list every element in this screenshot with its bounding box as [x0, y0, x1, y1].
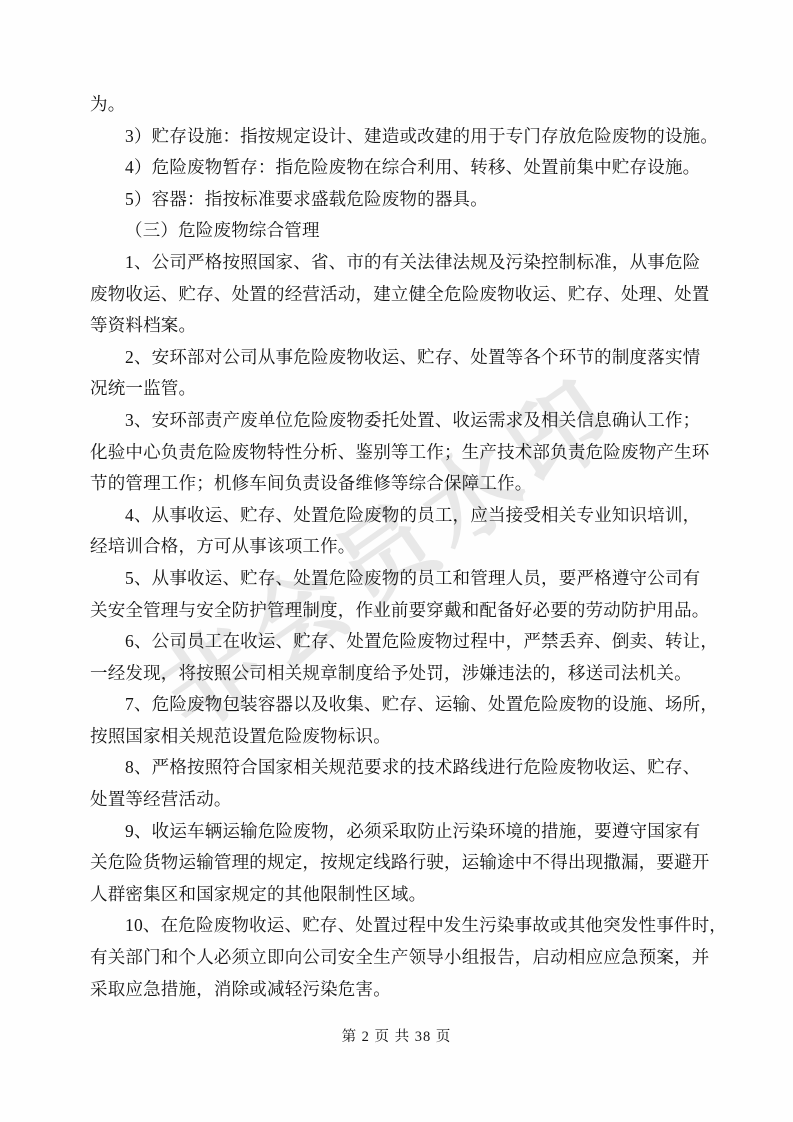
doc-line: 况统一监管。: [90, 373, 712, 405]
doc-line: 7、危险废物包装容器以及收集、贮存、运输、处置危险废物的设施、场所，: [90, 689, 712, 721]
doc-line: 3、安环部责产废单位危险废物委托处置、收运需求及相关信息确认工作；: [90, 405, 712, 437]
doc-line: 1、公司严格按照国家、省、市的有关法律法规及污染控制标准，从事危险: [90, 247, 712, 279]
doc-line: 等资料档案。: [90, 310, 712, 342]
page-number: 第 2 页 共 38 页: [0, 1025, 793, 1046]
doc-line: （三）危险废物综合管理: [90, 215, 712, 247]
doc-line: 3）贮存设施：指按规定设计、建造或改建的用于专门存放危险废物的设施。: [90, 121, 712, 153]
doc-line: 处置等经营活动。: [90, 784, 712, 816]
doc-line: 为。: [90, 89, 712, 121]
doc-line: 采取应急措施，消除或减轻污染危害。: [90, 974, 712, 1006]
doc-line: 化验中心负责危险废物特性分析、鉴别等工作；生产技术部负责危险废物产生环: [90, 437, 712, 469]
doc-line: 5、从事收运、贮存、处置危险废物的员工和管理人员，要严格遵守公司有: [90, 563, 712, 595]
doc-line: 8、严格按照符合国家相关规范要求的技术路线进行危险废物收运、贮存、: [90, 752, 712, 784]
doc-line: 有关部门和个人必须立即向公司安全生产领导小组报告，启动相应应急预案，并: [90, 942, 712, 974]
doc-line: 4、从事收运、贮存、处置危险废物的员工，应当接受相关专业知识培训，: [90, 500, 712, 532]
doc-line: 节的管理工作；机修车间负责设备维修等综合保障工作。: [90, 468, 712, 500]
doc-line: 废物收运、贮存、处置的经营活动，建立健全危险废物收运、贮存、处理、处置: [90, 279, 712, 311]
doc-line: 10、在危险废物收运、贮存、处置过程中发生污染事故或其他突发性事件时，: [90, 910, 712, 942]
doc-line: 经培训合格，方可从事该项工作。: [90, 531, 712, 563]
doc-line: 人群密集区和国家规定的其他限制性区域。: [90, 879, 712, 911]
doc-line: 9、收运车辆运输危险废物，必须采取防止污染环境的措施，要遵守国家有: [90, 816, 712, 848]
doc-line: 按照国家相关规范设置危险废物标识。: [90, 721, 712, 753]
doc-line: 2、安环部对公司从事危险废物收运、贮存、处置等各个环节的制度落实情: [90, 342, 712, 374]
doc-line: 5）容器：指按标准要求盛载危险废物的器具。: [90, 184, 712, 216]
doc-line: 4）危险废物暂存：指危险废物在综合利用、转移、处置前集中贮存设施。: [90, 152, 712, 184]
doc-line: 关安全管理与安全防护管理制度，作业前要穿戴和配备好必要的劳动防护用品。: [90, 595, 712, 627]
doc-line: 6、公司员工在收运、贮存、处置危险废物过程中，严禁丢弃、倒卖、转让，: [90, 626, 712, 658]
doc-line: 关危险货物运输管理的规定，按规定线路行驶，运输途中不得出现撒漏，要避开: [90, 847, 712, 879]
document-body: 为。 3）贮存设施：指按规定设计、建造或改建的用于专门存放危险废物的设施。 4）…: [90, 89, 712, 1005]
doc-line: 一经发现，将按照公司相关规章制度给予处罚，涉嫌违法的，移送司法机关。: [90, 658, 712, 690]
document-page: 非会员水印 为。 3）贮存设施：指按规定设计、建造或改建的用于专门存放危险废物的…: [0, 0, 793, 1122]
